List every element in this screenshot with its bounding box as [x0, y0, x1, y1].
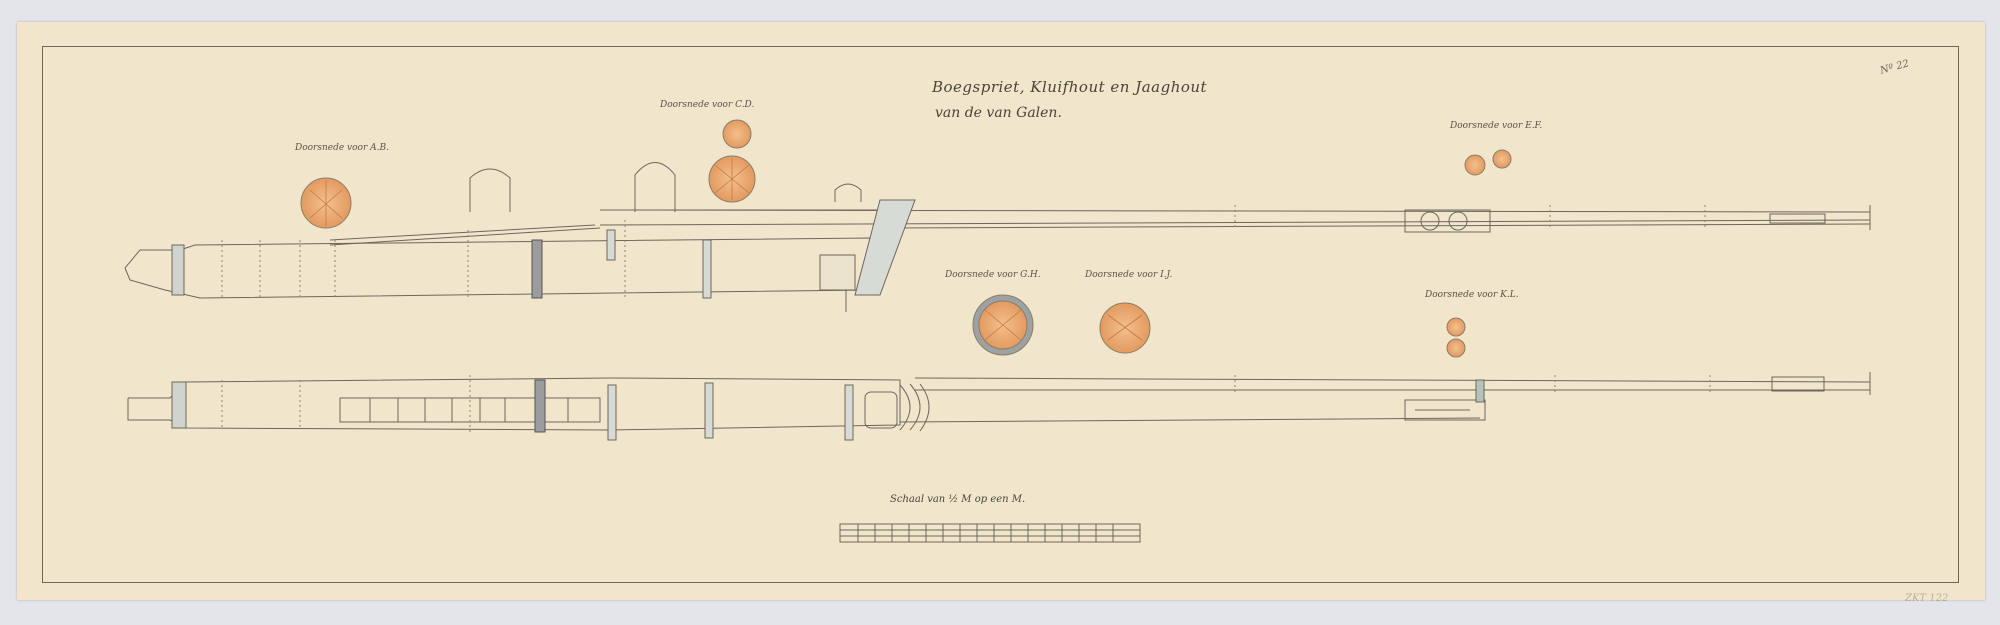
jibboom-plan	[900, 372, 1870, 422]
section-profile-3	[835, 184, 861, 202]
section-disc-ef-1	[1465, 155, 1485, 175]
jibboom-side	[600, 205, 1870, 232]
section-disc-ij	[1100, 303, 1150, 353]
section-disc-ef-2	[1493, 150, 1511, 168]
section-disc-cd-top	[723, 120, 751, 148]
bowsprit-plan	[128, 378, 929, 440]
section-disc-kl-2	[1447, 339, 1465, 357]
section-profile-1	[470, 169, 510, 212]
section-profile-2	[635, 163, 675, 213]
scale-bar	[840, 524, 1140, 542]
section-disc-kl-1	[1447, 318, 1465, 336]
technical-drawing	[0, 0, 2000, 625]
bowsprit-side	[125, 210, 880, 298]
